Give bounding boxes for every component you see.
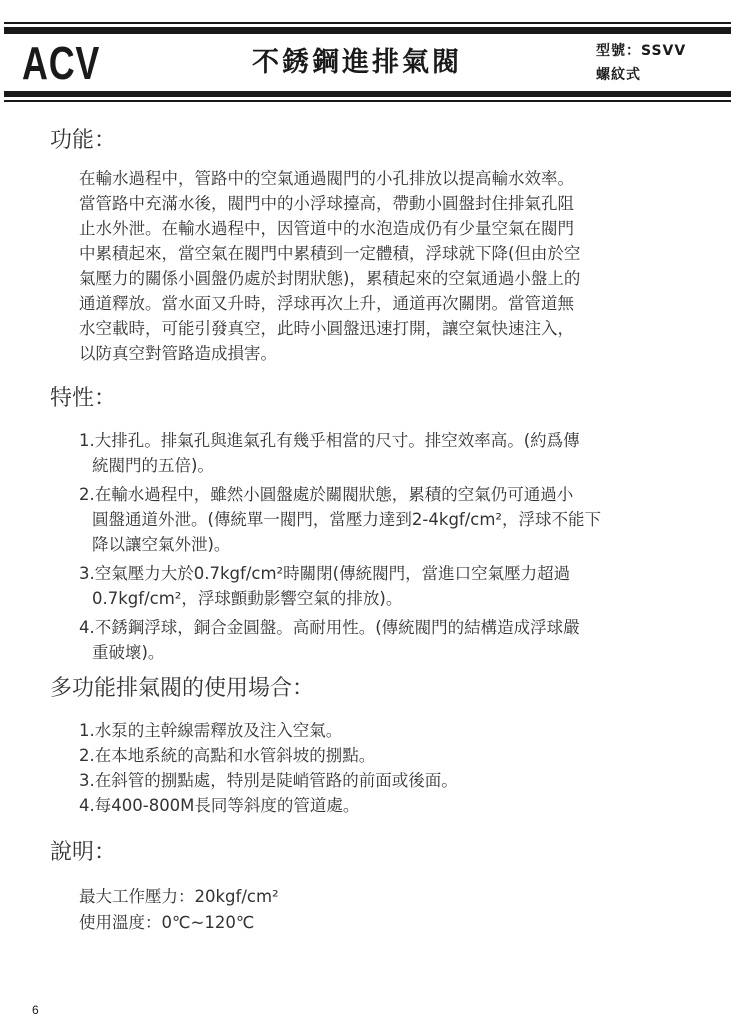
paragraph-line: 在輸水過程中，管路中的空氣通過閥門的小孔排放以提高輸水效率。 — [79, 166, 679, 191]
spec-temperature: 使用溫度：0℃~120℃ — [79, 910, 279, 936]
applications-list: 1.水泵的主幹線需釋放及注入空氣。 2.在本地系統的高點和水管斜坡的捌點。 3.… — [79, 718, 699, 818]
feature-line: 3.空氣壓力大於0.7kgf/cm²時關閉(傳統閥門，當進口空氣壓力超過 — [79, 561, 699, 586]
application-item: 3.在斜管的捌點處，特別是陡峭管路的前面或後面。 — [79, 768, 699, 793]
paragraph-line: 中累積起來，當空氣在閥門中累積到一定體積，浮球就下降(但由於空 — [79, 241, 679, 266]
paragraph-line: 氣壓力的關係小圓盤仍處於封閉狀態)，累積起來的空氣通過小盤上的 — [79, 266, 679, 291]
model-info: 型號：SSVV 螺紋式 — [596, 39, 686, 87]
model-number: 型號：SSVV — [596, 39, 686, 63]
function-paragraph: 在輸水過程中，管路中的空氣通過閥門的小孔排放以提高輸水效率。 當管路中充滿水後，… — [79, 166, 679, 366]
paragraph-line: 以防真空對管路造成損害。 — [79, 341, 679, 366]
paragraph-line: 通道釋放。當水面又升時，浮球再次上升，通道再次關閉。當管道無 — [79, 291, 679, 316]
product-title: 不銹鋼進排氣閥 — [252, 47, 462, 79]
application-item: 4.每400-800M長同等斜度的管道處。 — [79, 793, 699, 818]
feature-line: 降以讓空氣外泄)。 — [79, 532, 699, 557]
feature-item: 3.空氣壓力大於0.7kgf/cm²時關閉(傳統閥門，當進口空氣壓力超過 0.7… — [79, 561, 699, 611]
section-heading-function: 功能： — [50, 128, 116, 154]
feature-line: 圓盤通道外泄。(傳統單一閥門，當壓力達到2-4kgf/cm²，浮球不能下 — [79, 507, 699, 532]
paragraph-line: 水空載時，可能引發真空，此時小圓盤迅速打開，讓空氣快速注入， — [79, 316, 679, 341]
feature-line: 統閥門的五倍)。 — [79, 453, 699, 478]
connection-type: 螺紋式 — [596, 63, 686, 87]
application-text: 1.水泵的主幹線需釋放及注入空氣。 — [79, 718, 699, 743]
feature-line: 2.在輸水過程中，雖然小圓盤處於關閥狀態，累積的空氣仍可通過小 — [79, 482, 699, 507]
application-item: 2.在本地系統的高點和水管斜坡的捌點。 — [79, 743, 699, 768]
spec-max-pressure: 最大工作壓力：20kgf/cm² — [79, 884, 279, 910]
feature-line: 1.大排孔。排氣孔與進氣孔有幾乎相當的尺寸。排空效率高。(約爲傳 — [79, 428, 699, 453]
feature-item: 2.在輸水過程中，雖然小圓盤處於關閥狀態，累積的空氣仍可通過小 圓盤通道外泄。(… — [79, 482, 699, 557]
feature-line: 0.7kgf/cm²，浮球顫動影響空氣的排放)。 — [79, 586, 699, 611]
header-thick-rule-bottom — [4, 91, 731, 97]
application-text: 4.每400-800M長同等斜度的管道處。 — [79, 793, 699, 818]
features-list: 1.大排孔。排氣孔與進氣孔有幾乎相當的尺寸。排空效率高。(約爲傳 統閥門的五倍)… — [79, 428, 699, 669]
header-thin-rule-bottom — [4, 100, 731, 102]
header-thin-rule-top — [4, 22, 731, 24]
paragraph-line: 當管路中充滿水後，閥門中的小浮球擡高，帶動小圓盤封住排氣孔阻 — [79, 191, 679, 216]
feature-line: 重破壞)。 — [79, 640, 699, 665]
application-item: 1.水泵的主幹線需釋放及注入空氣。 — [79, 718, 699, 743]
spec-list: 最大工作壓力：20kgf/cm² 使用溫度：0℃~120℃ — [79, 884, 279, 936]
page-number: 6 — [32, 1003, 39, 1017]
paragraph-line: 止水外泄。在輸水過程中，因管道中的水泡造成仍有少量空氣在閥門 — [79, 216, 679, 241]
section-heading-features: 特性： — [50, 386, 116, 412]
application-text: 2.在本地系統的高點和水管斜坡的捌點。 — [79, 743, 699, 768]
feature-line: 4.不銹鋼浮球，銅合金圓盤。高耐用性。(傳統閥門的結構造成浮球嚴 — [79, 615, 699, 640]
feature-item: 1.大排孔。排氣孔與進氣孔有幾乎相當的尺寸。排空效率高。(約爲傳 統閥門的五倍)… — [79, 428, 699, 478]
feature-item: 4.不銹鋼浮球，銅合金圓盤。高耐用性。(傳統閥門的結構造成浮球嚴 重破壞)。 — [79, 615, 699, 665]
section-heading-description: 說明： — [50, 840, 116, 866]
header-thick-rule-top — [4, 27, 731, 34]
brand-logo: ACV — [22, 38, 100, 88]
application-text: 3.在斜管的捌點處，特別是陡峭管路的前面或後面。 — [79, 768, 699, 793]
section-heading-applications: 多功能排氣閥的使用場合： — [50, 676, 314, 702]
